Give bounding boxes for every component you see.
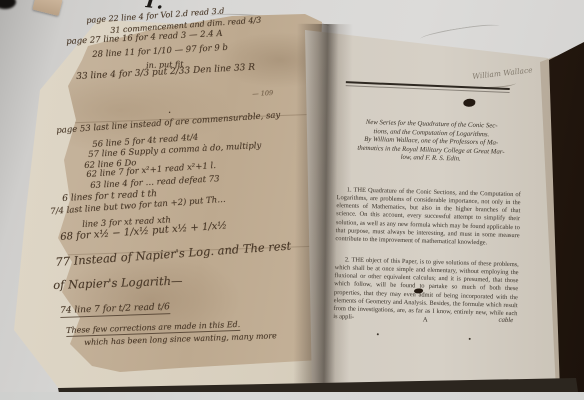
table-surface <box>0 392 584 400</box>
pencil-inscription: William Wallace <box>472 65 533 81</box>
printed-text-layer: William Wallace New Series for the Quadr… <box>325 40 550 396</box>
book-photograph: I. page 22 line 4 for Vol 2.d read 3.d 3… <box>0 0 584 400</box>
shadow-blotch <box>0 0 16 9</box>
book-gutter-shadow <box>293 24 353 387</box>
ink-speck <box>377 333 379 335</box>
paper-scrap <box>32 0 62 16</box>
ink-speck <box>469 338 471 340</box>
ink-blot <box>463 99 475 107</box>
manuscript-line: — 109 <box>252 89 273 98</box>
paragraph-1: 1. THE Quadrature of the Conic Sections,… <box>335 186 521 248</box>
catchword: cable <box>498 317 513 324</box>
title-block: New Series for the Quadrature of the Con… <box>340 118 523 166</box>
pencil-scratch <box>420 22 500 43</box>
signature-mark: A <box>423 317 428 324</box>
